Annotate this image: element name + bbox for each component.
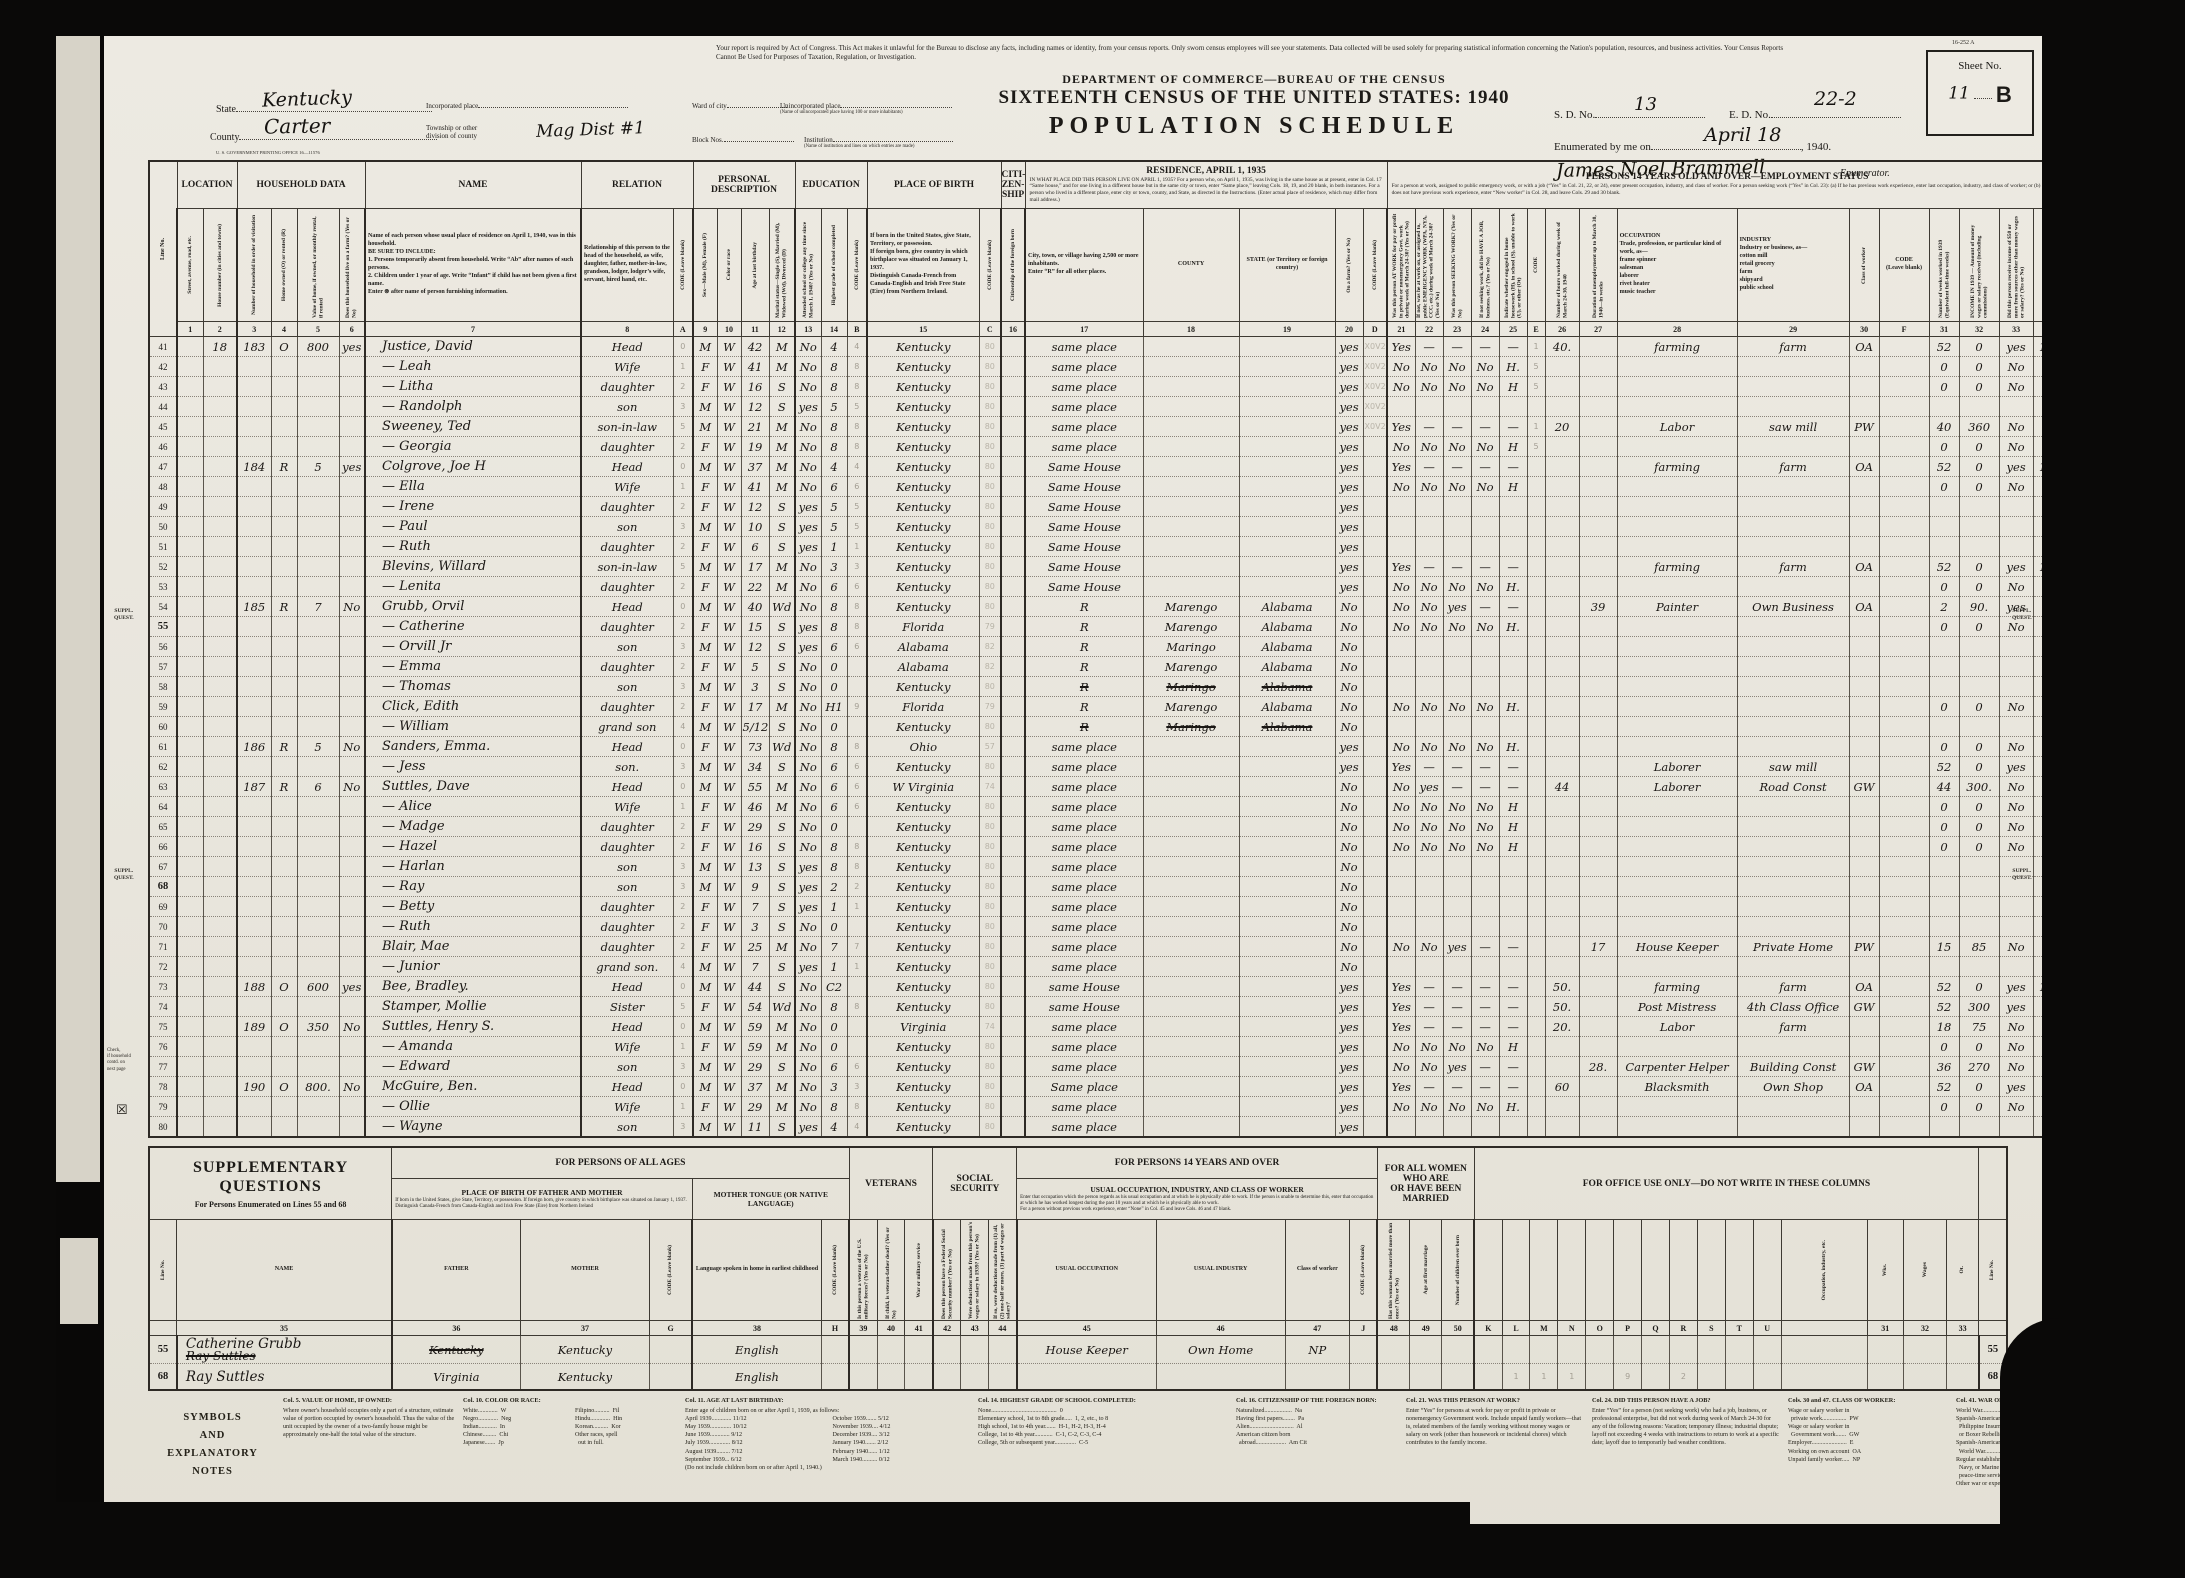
cell-c2: [203, 997, 237, 1017]
cell-c31: 0: [1929, 357, 1959, 377]
column-header: Is this person a veteran of the U.S. mil…: [849, 1220, 877, 1321]
cell-c42: [933, 1336, 961, 1364]
cell-c19: Alabama: [1239, 617, 1335, 637]
cell-c26: [1545, 837, 1579, 857]
cell-c5: [297, 957, 339, 977]
column-header: Did this person receive income of $50 or…: [1999, 209, 2033, 322]
cell-c12: S: [769, 857, 795, 877]
column-header: 19: [1239, 322, 1335, 337]
cell-cB: 1: [847, 957, 867, 977]
cell-c4: [271, 837, 297, 857]
column-header: 10: [717, 322, 741, 337]
cell-c22: [1415, 957, 1443, 977]
table-row: 48— EllaWife1FW41MNo66Kentucky80Same Hou…: [149, 477, 2095, 497]
cell-c8: Head: [581, 1017, 673, 1037]
cell-cA: 2: [673, 537, 693, 557]
cell-c3: [237, 1057, 271, 1077]
cell-c2: [203, 777, 237, 797]
column-header: Q: [1642, 1321, 1670, 1336]
cell-c6: [339, 437, 365, 457]
cell-c9: F: [693, 617, 717, 637]
cell-c4: [271, 477, 297, 497]
title-block: DEPARTMENT OF COMMERCE—BUREAU OF THE CEN…: [964, 72, 1544, 140]
cell-c6: No: [339, 737, 365, 757]
cell-c19: [1239, 937, 1335, 957]
cell-c3: [237, 437, 271, 457]
cell-c18: Maringo: [1143, 717, 1239, 737]
cell-c16: [1001, 677, 1025, 697]
cell-c11: 17: [741, 557, 769, 577]
cell-c2: [203, 377, 237, 397]
cell-c30: PW: [1849, 937, 1879, 957]
cell-c14: 0: [821, 677, 847, 697]
cell-ln: 49: [149, 497, 177, 517]
cell-cE: [1527, 597, 1545, 617]
cell-ln: 66: [149, 837, 177, 857]
cell-c18: [1143, 757, 1239, 777]
cell-c26: [1545, 497, 1579, 517]
cell-c3: [237, 577, 271, 597]
main-table: Line No.LOCATIONHOUSEHOLD DATANAMERELATI…: [148, 160, 2096, 1138]
cell-c18: [1143, 1017, 1239, 1037]
cell-c8: daughter: [581, 617, 673, 637]
cell-cF: [1879, 1117, 1929, 1138]
cell-c29: [1737, 837, 1849, 857]
cell-c10: W: [717, 697, 741, 717]
cell-c15: Kentucky: [867, 517, 979, 537]
cell-cA: 5: [673, 997, 693, 1017]
cell-c6: No: [339, 1017, 365, 1037]
cell-c24: —: [1471, 1077, 1499, 1097]
column-header: 46: [1156, 1321, 1285, 1336]
cell-c33: yes: [1999, 977, 2033, 997]
cell-c8: Wife: [581, 357, 673, 377]
cell-ln: 55: [149, 1336, 177, 1364]
cell-c16: [1001, 1077, 1025, 1097]
cell-ln: 80: [149, 1117, 177, 1138]
table-row: 79— OllieWife1FW29MNo88Kentucky80same pl…: [149, 1097, 2095, 1117]
column-header: S: [1697, 1321, 1725, 1336]
cell-c7: — Thomas: [365, 677, 581, 697]
cell-c31: [1929, 637, 1959, 657]
cell-c7: Colgrove, Joe H: [365, 457, 581, 477]
column-header: CODE (Leave blank): [847, 209, 867, 322]
cell-c15: Kentucky: [867, 917, 979, 937]
cell-c26: [1545, 397, 1579, 417]
cell-cE: [1527, 777, 1545, 797]
cell-c29: [1737, 637, 1849, 657]
cell-cC: 80: [979, 1057, 1001, 1077]
cell-ln: 42: [149, 357, 177, 377]
cell-c26: [1545, 1117, 1579, 1138]
cell-c4: [271, 537, 297, 557]
cell-c21: No: [1387, 437, 1415, 457]
cell-c22: [1415, 517, 1443, 537]
cell-c32: [1959, 957, 1999, 977]
cell-c2: [203, 877, 237, 897]
cell-c17: R: [1025, 637, 1143, 657]
cell-c24: —: [1471, 937, 1499, 957]
cell-c3: [237, 1037, 271, 1057]
column-header: Relationship of this person to the head …: [581, 209, 673, 322]
cell-c20: yes: [1335, 1117, 1363, 1138]
cell-c16: [1001, 457, 1025, 477]
column-header: Does this household live on a farm? (Yes…: [339, 209, 365, 322]
cell-c25: H.: [1499, 737, 1527, 757]
cell-c38: English: [692, 1336, 821, 1364]
cell-c26: [1545, 797, 1579, 817]
cell-c1: [177, 677, 203, 697]
cell-c10: W: [717, 1017, 741, 1037]
cell-c19: [1239, 397, 1335, 417]
cell-c3: [237, 517, 271, 537]
cell-c20: No: [1335, 897, 1363, 917]
column-header: 20: [1335, 322, 1363, 337]
cell-c8: son-in-law: [581, 557, 673, 577]
cell-c1: [177, 737, 203, 757]
cell-c29: [1737, 1097, 1849, 1117]
cell-c24: No: [1471, 357, 1499, 377]
cell-c29: farm: [1737, 457, 1849, 477]
cell-c26: [1545, 377, 1579, 397]
cell-c33: No: [1999, 577, 2033, 597]
cell-cF: [1879, 477, 1929, 497]
cell-c9: M: [693, 557, 717, 577]
cell-ln: 59: [149, 697, 177, 717]
cell-cA: 4: [673, 957, 693, 977]
cell-c20: yes: [1335, 1037, 1363, 1057]
cell-c6: [339, 537, 365, 557]
cell-c17: same House: [1025, 997, 1143, 1017]
cell-c11: 37: [741, 457, 769, 477]
cell-c14: 8: [821, 837, 847, 857]
cell-cC: 79: [979, 617, 1001, 637]
sd-no-value: 13: [1634, 94, 1657, 115]
cell-cA: 2: [673, 837, 693, 857]
cell-c9: M: [693, 877, 717, 897]
cell-c29: [1737, 857, 1849, 877]
cell-c20: yes: [1335, 1077, 1363, 1097]
cell-c22: —: [1415, 1077, 1443, 1097]
cell-c23: —: [1443, 417, 1471, 437]
cell-c12: M: [769, 1037, 795, 1057]
cell-c47: [1285, 1364, 1349, 1391]
cell-c23: —: [1443, 757, 1471, 777]
cell-c20: No: [1335, 797, 1363, 817]
cell-c18: [1143, 837, 1239, 857]
cell-c30: [1849, 837, 1879, 857]
cell-S: [1697, 1364, 1725, 1391]
cell-c30: OA: [1849, 977, 1879, 997]
cell-cC: 80: [979, 917, 1001, 937]
cell-c14: 8: [821, 377, 847, 397]
cell-c26: 50.: [1545, 977, 1579, 997]
cell-cD: [1363, 457, 1387, 477]
cell-c6: [339, 477, 365, 497]
cell-c22: No: [1415, 797, 1443, 817]
cell-c23: —: [1443, 457, 1471, 477]
cell-cC: 80: [979, 437, 1001, 457]
cell-c28: [1617, 377, 1737, 397]
cell-c25: —: [1499, 757, 1527, 777]
cell-c25: —: [1499, 337, 1527, 357]
cell-c9: M: [693, 757, 717, 777]
cell-cC: 80: [979, 1077, 1001, 1097]
column-header: [1530, 1220, 1558, 1321]
table-row: 74Stamper, MollieSister5FW54WdNo88Kentuc…: [149, 997, 2095, 1017]
cell-c18: [1143, 777, 1239, 797]
cell-cB: [847, 677, 867, 697]
cell-cC: 80: [979, 837, 1001, 857]
table-row: 76— AmandaWife1FW59MNo0Kentucky80same pl…: [149, 1037, 2095, 1057]
cell-c30: [1849, 797, 1879, 817]
cell-c1: [177, 1057, 203, 1077]
cell-c19: [1239, 497, 1335, 517]
cell-ln: 56: [149, 637, 177, 657]
cell-c10: W: [717, 757, 741, 777]
cell-c10: W: [717, 437, 741, 457]
cell-c19: [1239, 557, 1335, 577]
film-strip-left-lower: [60, 1238, 98, 1324]
cell-c14: 4: [821, 1117, 847, 1138]
cell-c33: No: [1999, 1057, 2033, 1077]
cell-cD: [1363, 897, 1387, 917]
cell-c32: 0: [1959, 797, 1999, 817]
cell-c11: 44: [741, 977, 769, 997]
column-header: FOR OFFICE USE ONLY—DO NOT WRITE IN THES…: [1474, 1147, 1979, 1220]
cell-c9: M: [693, 1077, 717, 1097]
cell-c17: same place: [1025, 337, 1143, 357]
cell-c1: [177, 897, 203, 917]
cell-c33: [1999, 497, 2033, 517]
cell-c9: F: [693, 357, 717, 377]
cell-c5: [297, 877, 339, 897]
cell-c9: F: [693, 377, 717, 397]
cell-c13: No: [795, 357, 821, 377]
cell-c23: [1443, 637, 1471, 657]
cell-c22: [1415, 897, 1443, 917]
cell-c29: [1737, 397, 1849, 417]
cell-c11: 12: [741, 497, 769, 517]
cell-c8: son: [581, 637, 673, 657]
cell-cD: X0V2: [1363, 357, 1387, 377]
cell-c5: 600: [297, 977, 339, 997]
cell-c29: Own Business: [1737, 597, 1849, 617]
column-header: LOCATION: [177, 161, 237, 209]
cell-c11: 12: [741, 637, 769, 657]
cell-c4: [271, 797, 297, 817]
cell-c29: [1737, 917, 1849, 937]
cell-c12: S: [769, 517, 795, 537]
header-row: 353637G38H394041424344454647J484950KLMNO…: [149, 1321, 2007, 1336]
cell-c23: No: [1443, 437, 1471, 457]
cell-c30: OA: [1849, 1077, 1879, 1097]
cell-c8: son: [581, 1057, 673, 1077]
cell-c29: [1737, 517, 1849, 537]
cell-c15: Kentucky: [867, 677, 979, 697]
cell-c8: daughter: [581, 697, 673, 717]
cell-c12: S: [769, 877, 795, 897]
cell-c9: M: [693, 337, 717, 357]
cell-cE: [1527, 1057, 1545, 1077]
cell-c13: yes: [795, 637, 821, 657]
cell-cC: 80: [979, 397, 1001, 417]
cell-ln: 47: [149, 457, 177, 477]
cell-c23: [1443, 917, 1471, 937]
cell-c30: [1849, 897, 1879, 917]
cell-ln: 46: [149, 437, 177, 457]
cell-c8: daughter: [581, 817, 673, 837]
cell-c15: Kentucky: [867, 897, 979, 917]
cell-c13: No: [795, 737, 821, 757]
cell-c14: 1: [821, 897, 847, 917]
cell-c29: [1737, 677, 1849, 697]
cell-c9: M: [693, 717, 717, 737]
cell-c14: 1: [821, 957, 847, 977]
cell-c17: same House: [1025, 977, 1143, 997]
cell-cB: 7: [847, 937, 867, 957]
cell-c20: yes: [1335, 577, 1363, 597]
cell-c5: 6: [297, 777, 339, 797]
cell-c23: [1443, 897, 1471, 917]
cell-c21: Yes: [1387, 1017, 1415, 1037]
cell-c14: 6: [821, 1057, 847, 1077]
table-row: 63187R6NoSuttles, DaveHead0MW55MNo66W Vi…: [149, 777, 2095, 797]
cell-c19: [1239, 737, 1335, 757]
cell-c21: Yes: [1387, 457, 1415, 477]
cell-c2: [203, 637, 237, 657]
cell-c24: No: [1471, 477, 1499, 497]
cell-c16: [1001, 937, 1025, 957]
cell-c12: S: [769, 677, 795, 697]
cell-c23: No: [1443, 737, 1471, 757]
cell-c10: W: [717, 1117, 741, 1138]
cell-c31: 52: [1929, 757, 1959, 777]
cell-c5: [297, 677, 339, 697]
cell-cE: [1527, 557, 1545, 577]
cell-c22: [1415, 537, 1443, 557]
table-row: 55— Catherinedaughter2FW15Syes88Florida7…: [149, 617, 2095, 637]
cell-c36: Virginia: [392, 1364, 521, 1391]
cell-c14: 5: [821, 397, 847, 417]
cell-c41: [905, 1336, 933, 1364]
cell-c20: yes: [1335, 737, 1363, 757]
cell-c33: yes: [1999, 337, 2033, 357]
cell-c5: 800.: [297, 1077, 339, 1097]
supplementary-questions-table: SUPPLEMENTARY QUESTIONSFor Persons Enume…: [148, 1146, 2008, 1391]
cell-c31: 0: [1929, 577, 1959, 597]
cell-c23: No: [1443, 577, 1471, 597]
cell-R: [1669, 1336, 1697, 1364]
cell-c27: [1579, 877, 1617, 897]
column-header: K: [1474, 1321, 1502, 1336]
column-header: 11: [741, 322, 769, 337]
cell-cB: 8: [847, 837, 867, 857]
cell-c4: R: [271, 737, 297, 757]
cell-cF: [1879, 437, 1929, 457]
cell-c28: Painter: [1617, 597, 1737, 617]
cell-c5: [297, 837, 339, 857]
cell-c10: W: [717, 877, 741, 897]
table-row: 56— Orvill Jrson3MW12Syes66Alabama82RMar…: [149, 637, 2095, 657]
cell-c26: [1545, 617, 1579, 637]
cell-c11: 21: [741, 417, 769, 437]
cell-c27: [1579, 537, 1617, 557]
column-header: Occupation, industry, etc.: [1781, 1220, 1867, 1321]
cell-c21: [1387, 657, 1415, 677]
cell-c22: —: [1415, 457, 1443, 477]
cell-c37: Kentucky: [521, 1364, 650, 1391]
cell-c25: [1499, 957, 1527, 977]
table-row: 62— Jessson.3MW34SNo66Kentucky80same pla…: [149, 757, 2095, 777]
cell-c19: [1239, 417, 1335, 437]
column-header: Number of children ever born: [1442, 1220, 1474, 1321]
column-header: House number (in cities and towns): [203, 209, 237, 322]
cell-c9: F: [693, 477, 717, 497]
table-row: 51— Ruthdaughter2FW6Syes11Kentucky80Same…: [149, 537, 2095, 557]
cell-c16: [1001, 477, 1025, 497]
cell-c33: [1999, 517, 2033, 537]
cell-c16: [1001, 557, 1025, 577]
cell-c17: same place: [1025, 437, 1143, 457]
cell-c3: [237, 397, 271, 417]
cell-c7: — Randolph: [365, 397, 581, 417]
census-title: SIXTEENTH CENSUS OF THE UNITED STATES: 1…: [964, 87, 1544, 109]
institution-sub: (Name of institution and lines on which …: [804, 144, 914, 150]
column-header: 37: [521, 1321, 650, 1336]
cell-cB: 1: [847, 537, 867, 557]
cell-c5: [297, 397, 339, 417]
cell-c28: [1617, 677, 1737, 697]
cell-c24: No: [1471, 1097, 1499, 1117]
cell-c2: [203, 497, 237, 517]
cell-c19: [1239, 1117, 1335, 1138]
cell-c24: No: [1471, 697, 1499, 717]
column-header: USUAL OCCUPATION, INDUSTRY, AND CLASS OF…: [1017, 1179, 1378, 1220]
cell-c28: Carpenter Helper: [1617, 1057, 1737, 1077]
cell-cF: [1879, 457, 1929, 477]
table-row: 80— Wayneson3MW11Syes44Kentucky80same pl…: [149, 1117, 2095, 1138]
cell-c22: No: [1415, 1057, 1443, 1077]
column-header: 13: [795, 322, 821, 337]
cell-c24: [1471, 517, 1499, 537]
cell-c29: [1737, 657, 1849, 677]
cell-c22: No: [1415, 597, 1443, 617]
cell-c27: [1579, 857, 1617, 877]
cell-c2: [203, 617, 237, 637]
cell-c20: yes: [1335, 397, 1363, 417]
cell-c9: F: [693, 497, 717, 517]
cell-cE: [1527, 1077, 1545, 1097]
cell-cB: 8: [847, 377, 867, 397]
column-header: Wages: [1904, 1220, 1947, 1321]
cell-c6: [339, 877, 365, 897]
cell-c23: No: [1443, 1037, 1471, 1057]
cell-c12: M: [769, 357, 795, 377]
cell-c11: 40: [741, 597, 769, 617]
cell-c6: [339, 837, 365, 857]
cell-cB: 3: [847, 1077, 867, 1097]
column-header: 40: [877, 1321, 905, 1336]
cell-cA: 0: [673, 597, 693, 617]
column-header: Number of weeks worked in 1939 (Equivale…: [1929, 209, 1959, 322]
cell-c7: — Ollie: [365, 1097, 581, 1117]
cell-c10: W: [717, 997, 741, 1017]
cell-ln: 76: [149, 1037, 177, 1057]
column-header: CODE (Leave blank): [1879, 209, 1929, 322]
cell-c23: [1443, 397, 1471, 417]
cell-c25: [1499, 497, 1527, 517]
